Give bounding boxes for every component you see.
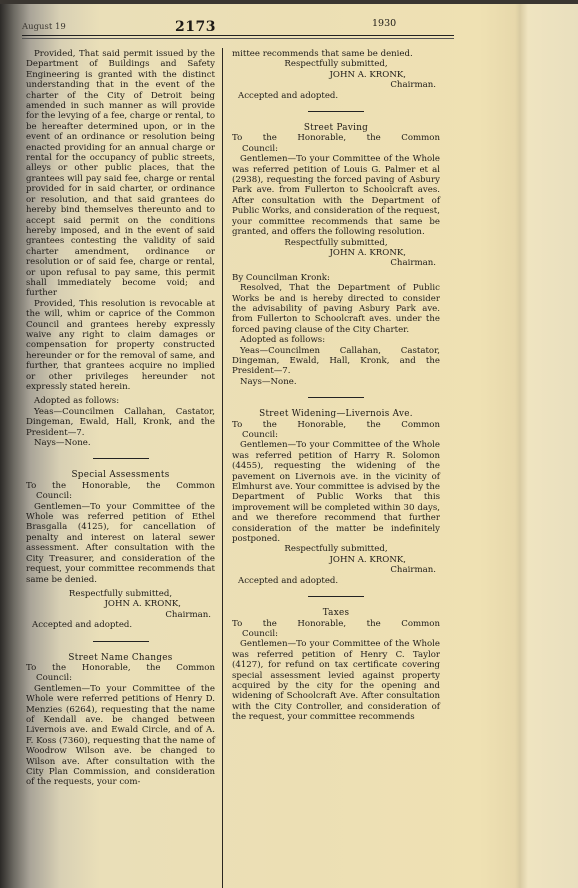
- section-separator: [308, 111, 364, 112]
- signer-name: JOHN A. KRONK,: [232, 70, 440, 80]
- header-rule: [22, 35, 454, 39]
- section-heading: Taxes: [232, 608, 440, 618]
- nays-vote: Nays—None.: [232, 377, 440, 387]
- section-separator: [93, 458, 149, 459]
- result: Accepted and adopted.: [232, 576, 440, 586]
- resolution-text: Resolved, That the Department of Public …: [232, 283, 440, 335]
- signer-title: Chairman.: [232, 80, 440, 90]
- left-column: Provided, That said permit issued by the…: [26, 49, 215, 788]
- section-street-name-changes: Street Name Changes To the Honorable, th…: [26, 653, 215, 788]
- adopted-label: Adopted as follows:: [26, 396, 215, 406]
- signer-title: Chairman.: [26, 610, 215, 620]
- yeas-vote: Yeas—Councilmen Callahan, Castator, Ding…: [26, 407, 215, 438]
- section-body: Gentlemen—To your Committee of the Whole…: [232, 154, 440, 237]
- section-separator: [93, 641, 149, 642]
- page-top-edge: [0, 0, 578, 4]
- signoff: Respectfully submitted,: [232, 238, 440, 248]
- column-divider: [222, 48, 223, 888]
- section-body: Gentlemen—To your Committee of the Whole…: [232, 639, 440, 722]
- salutation: To the Honorable, the Common: [26, 663, 215, 673]
- yeas-vote: Yeas—Councilmen Callahan, Castator, Ding…: [232, 346, 440, 377]
- right-column: mittee recommends that same be denied. R…: [232, 49, 440, 723]
- signer-name: JOHN A. KRONK,: [232, 248, 440, 258]
- salutation-council: Council:: [232, 430, 440, 440]
- nays-vote: Nays—None.: [26, 438, 215, 448]
- section-body: Gentlemen—To your Committee of the Whole…: [26, 684, 215, 788]
- salutation-council: Council:: [26, 673, 215, 683]
- page-header: August 19 2173 1930: [22, 18, 462, 34]
- resolution-mover: By Councilman Kronk:: [232, 273, 440, 283]
- signer-title: Chairman.: [232, 565, 440, 575]
- section-separator: [308, 397, 364, 398]
- adopted-label: Adopted as follows:: [232, 335, 440, 345]
- salutation: To the Honorable, the Common: [232, 133, 440, 143]
- section-street-widening: Street Widening—Livernois Ave. To the Ho…: [232, 409, 440, 586]
- signoff: Respectfully submitted,: [232, 544, 440, 554]
- salutation-council: Council:: [232, 629, 440, 639]
- salutation: To the Honorable, the Common: [232, 420, 440, 430]
- proviso-paragraph: Provided, This resolution is revocable a…: [26, 299, 215, 393]
- section-heading: Street Name Changes: [26, 653, 215, 663]
- signoff: Respectfully submitted,: [232, 59, 440, 69]
- section-heading: Street Paving: [232, 123, 440, 133]
- signer-name: JOHN A. KRONK,: [26, 599, 215, 609]
- section-heading: Special Assessments: [26, 470, 215, 480]
- result: Accepted and adopted.: [26, 620, 215, 630]
- section-street-paving: Street Paving To the Honorable, the Comm…: [232, 123, 440, 387]
- proviso-paragraph: Provided, That said permit issued by the…: [26, 49, 215, 299]
- section-body: Gentlemen—To your Committee of the Whole…: [232, 440, 440, 544]
- salutation: To the Honorable, the Common: [232, 619, 440, 629]
- header-date: August 19: [22, 22, 66, 32]
- page-number: 2173: [175, 19, 216, 35]
- signer-title: Chairman.: [232, 258, 440, 268]
- salutation: To the Honorable, the Common: [26, 481, 215, 491]
- section-taxes: Taxes To the Honorable, the Common Counc…: [232, 608, 440, 722]
- salutation-council: Council:: [232, 144, 440, 154]
- signer-name: JOHN A. KRONK,: [232, 555, 440, 565]
- result: Accepted and adopted.: [232, 91, 440, 101]
- continuation-text: mittee recommends that same be denied.: [232, 49, 440, 59]
- section-separator: [308, 596, 364, 597]
- signoff: Respectfully submitted,: [26, 589, 215, 599]
- salutation-council: Council:: [26, 491, 215, 501]
- section-special-assessments: Special Assessments To the Honorable, th…: [26, 470, 215, 630]
- header-year: 1930: [372, 18, 396, 29]
- section-body: Gentlemen—To your Committee of the Whole…: [26, 502, 215, 585]
- section-heading: Street Widening—Livernois Ave.: [232, 409, 440, 419]
